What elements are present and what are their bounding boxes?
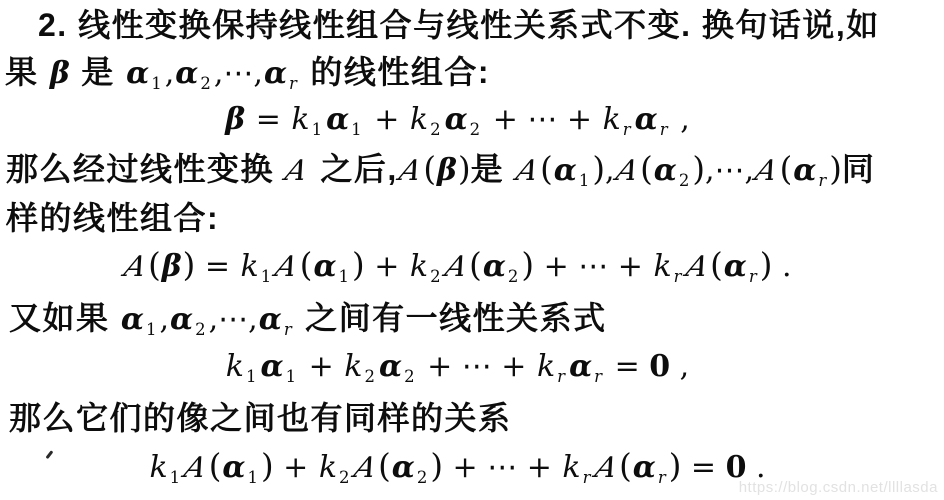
token-sb: 1	[245, 367, 260, 386]
token-op: =	[681, 450, 725, 485]
token-sb: 1	[246, 468, 261, 487]
paragraph-1-line-2: 果 β 是 α1,α2,⋯,αr 的线性组合:	[5, 52, 490, 104]
token-it: k	[602, 102, 622, 137]
token-it: k	[343, 349, 363, 384]
token-bi: α	[125, 56, 150, 91]
token-sb: 1	[150, 74, 165, 93]
token-it: k	[240, 249, 260, 284]
token-it: k	[225, 349, 245, 384]
token-bi: α	[120, 302, 145, 337]
token-pl: )	[430, 447, 443, 485]
token-op: ,⋯,	[214, 56, 263, 91]
token-pl: )	[521, 246, 534, 284]
token-sb: 2	[507, 267, 522, 286]
token-cn: 那么它们的像之间也有同样的关系	[9, 400, 512, 436]
token-bi: α	[653, 153, 678, 188]
token-bi: α	[221, 450, 246, 485]
token-bi: α	[263, 56, 288, 91]
token-pl: )	[829, 150, 842, 188]
paragraph-4-line-1: 那么它们的像之间也有同样的关系	[9, 398, 512, 440]
token-si: r	[657, 468, 669, 487]
token-op: =	[605, 349, 649, 384]
formula-linear-relation: k1α1 + k2α2 + ⋯ + krαr = 0 ,	[0, 347, 944, 397]
token-sb: 1	[578, 171, 593, 190]
token-it: k	[652, 249, 672, 284]
token-pl: )	[669, 447, 682, 485]
token-bi: α	[568, 349, 593, 384]
token-op: =	[195, 249, 239, 284]
token-cn: 之间有一线性关系式	[295, 300, 607, 336]
token-sb: 2	[403, 367, 418, 386]
token-si: r	[622, 120, 634, 139]
token-si: r	[748, 267, 760, 286]
token-bi: α	[378, 349, 403, 384]
token-pl: )	[760, 246, 773, 284]
token-cn: 那么经过线性变换	[6, 151, 284, 187]
token-op: ,	[160, 302, 170, 337]
token-it: k	[318, 450, 338, 485]
token-sb: 2	[429, 120, 444, 139]
token-it: k	[409, 102, 429, 137]
token-it: k	[409, 249, 429, 284]
token-bi: β	[436, 153, 458, 188]
token-pl: )	[352, 246, 365, 284]
token-op: +	[365, 102, 409, 137]
token-bi: α	[312, 249, 337, 284]
token-bi: α	[258, 302, 283, 337]
token-pl: )	[183, 246, 196, 284]
token-op: + ⋯ +	[534, 249, 652, 284]
token-op: + ⋯ +	[443, 450, 561, 485]
token-sb: 1	[338, 267, 353, 286]
token-bi: α	[482, 249, 507, 284]
token-op: +	[299, 349, 343, 384]
token-si: r	[593, 367, 605, 386]
token-cn: 是	[471, 151, 515, 187]
token-bi: β	[224, 102, 246, 137]
token-cn: 果	[5, 54, 49, 90]
token-pl: )	[261, 447, 274, 485]
watermark-url: https://blog.csdn.net/llllasda	[739, 479, 938, 496]
token-sb: 2	[469, 120, 484, 139]
token-cn: 的线性组合:	[300, 54, 490, 90]
token-bi: α	[553, 153, 578, 188]
token-cn: 之后,	[310, 151, 398, 187]
token-op: ,⋯,	[209, 302, 258, 337]
token-op: + ⋯ +	[418, 349, 536, 384]
token-sb: 1	[145, 320, 160, 339]
token-bi: α	[723, 249, 748, 284]
token-cn: 样的线性组合:	[6, 200, 219, 236]
token-op: +	[365, 249, 409, 284]
token-it: k	[290, 102, 310, 137]
token-sb: 1	[285, 367, 300, 386]
token-si: r	[283, 320, 295, 339]
token-bi: α	[259, 349, 284, 384]
token-sb: 2	[678, 171, 693, 190]
token-bi: α	[325, 102, 350, 137]
token-op: =	[246, 102, 290, 137]
token-sb: 2	[363, 367, 378, 386]
token-op: +	[274, 450, 318, 485]
token-op: ,⋯,	[705, 153, 754, 188]
token-op: + ⋯ +	[483, 102, 601, 137]
token-sb: 2	[416, 468, 431, 487]
token-pl: )	[458, 150, 471, 188]
paragraph-2-line-1: 那么经过线性变换 A 之后,A(β)是 A(α1),A(α2),⋯,A(αr)同	[6, 149, 875, 201]
token-bi: α	[174, 56, 199, 91]
formula-linear-combination: β = k1α1 + k2α2 + ⋯ + krαr ,	[0, 100, 944, 150]
token-op: ,	[670, 349, 689, 384]
token-cn: 2. 线性变换保持线性组合与线性关系式不变. 换句话说,如	[38, 7, 880, 43]
token-sb: 1	[350, 120, 365, 139]
paragraph-2-line-2: 样的线性组合:	[6, 198, 219, 240]
scanned-textbook-page: 2. 线性变换保持线性组合与线性关系式不变. 换句话说,如 果 β 是 α1,α…	[0, 0, 944, 500]
token-sb: 1	[311, 120, 326, 139]
token-it: k	[148, 450, 168, 485]
token-cn: 是	[71, 54, 125, 90]
token-sb: 2	[194, 320, 209, 339]
token-bi: α	[444, 102, 469, 137]
token-op: ,	[165, 56, 175, 91]
token-cn: 同	[842, 151, 876, 187]
token-bd: 0	[649, 349, 670, 384]
token-bi: α	[792, 153, 817, 188]
paragraph-3-line-1: 又如果 α1,α2,⋯,αr 之间有一线性关系式	[9, 298, 607, 350]
token-bi: β	[49, 56, 71, 91]
token-bi: α	[632, 450, 657, 485]
token-si: r	[288, 74, 300, 93]
token-pl: )	[692, 150, 705, 188]
token-it: k	[561, 450, 581, 485]
token-op: .	[772, 249, 791, 284]
token-bi: β	[161, 249, 183, 284]
token-si: r	[556, 367, 568, 386]
token-si: r	[659, 120, 671, 139]
token-bi: α	[169, 302, 194, 337]
formula-image-linear-combination: A(β) = k1A(α1) + k2A(α2) + ⋯ + krA(αr) .	[0, 245, 944, 297]
token-op: ,	[671, 102, 690, 137]
token-bi: α	[634, 102, 659, 137]
token-pl: )	[592, 150, 605, 188]
token-it: k	[536, 349, 556, 384]
token-bi: α	[391, 450, 416, 485]
paragraph-1-line-1: 2. 线性变换保持线性组合与线性关系式不变. 换句话说,如	[38, 5, 880, 47]
token-si: r	[817, 171, 829, 190]
token-cn: 又如果	[9, 300, 120, 336]
token-sb: 2	[199, 74, 214, 93]
